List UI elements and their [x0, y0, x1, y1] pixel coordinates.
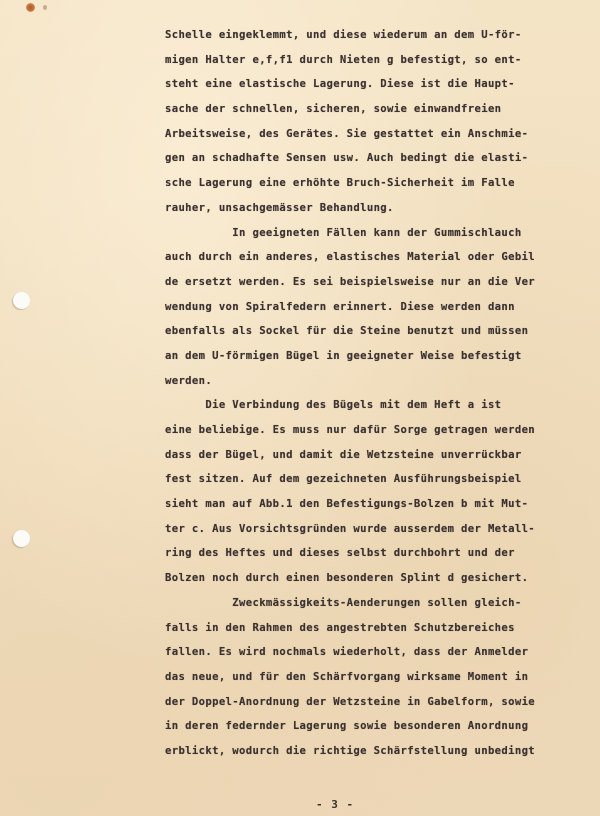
text-line: eine beliebige. Es muss nur dafür Sorge … — [165, 418, 600, 443]
text-line: sche Lagerung eine erhöhte Bruch-Sicherh… — [165, 171, 600, 196]
text-line: erblickt, wodurch die richtige Schärfste… — [165, 739, 600, 764]
text-line: an dem U-förmigen Bügel in geeigneter We… — [165, 344, 600, 369]
page-number: - 3 - — [316, 798, 354, 811]
ink-speck — [43, 5, 47, 10]
text-line: ebenfalls als Sockel für die Steine benu… — [165, 319, 600, 344]
text-line: Zweckmässigkeits-Aenderungen sollen glei… — [165, 591, 600, 616]
text-line: gen an schadhafte Sensen usw. Auch bedin… — [165, 146, 600, 171]
text-line: falls in den Rahmen des angestrebten Sch… — [165, 616, 600, 641]
text-line: ring des Heftes und dieses selbst durchb… — [165, 541, 600, 566]
rust-stain — [26, 3, 35, 12]
text-line: rauher, unsachgemässer Behandlung. — [165, 196, 600, 221]
typewritten-text: Schelle eingeklemmt, und diese wiederum … — [165, 23, 600, 764]
punch-hole-top — [13, 292, 30, 309]
text-line: In geeigneten Fällen kann der Gummischla… — [165, 221, 600, 246]
document-page: Schelle eingeklemmt, und diese wiederum … — [0, 0, 600, 816]
text-line: Schelle eingeklemmt, und diese wiederum … — [165, 23, 600, 48]
text-line: das neue, und für den Schärfvorgang wirk… — [165, 665, 600, 690]
text-line: auch durch ein anderes, elastisches Mate… — [165, 245, 600, 270]
text-line: dass der Bügel, und damit die Wetzsteine… — [165, 443, 600, 468]
punch-hole-bottom — [13, 530, 30, 547]
text-line: sieht man auf Abb.1 den Befestigungs-Bol… — [165, 492, 600, 517]
text-line: der Doppel-Anordnung der Wetzsteine in G… — [165, 690, 600, 715]
text-line: fest sitzen. Auf dem gezeichneten Ausfüh… — [165, 467, 600, 492]
text-line: Die Verbindung des Bügels mit dem Heft a… — [165, 393, 600, 418]
text-line: ter c. Aus Vorsichtsgründen wurde ausser… — [165, 517, 600, 542]
text-line: in deren federnder Lagerung sowie besond… — [165, 714, 600, 739]
text-line: wendung von Spiralfedern erinnert. Diese… — [165, 295, 600, 320]
text-line: sache der schnellen, sicheren, sowie ein… — [165, 97, 600, 122]
text-line: steht eine elastische Lagerung. Diese is… — [165, 72, 600, 97]
text-line: werden. — [165, 369, 600, 394]
text-line: fallen. Es wird nochmals wiederholt, das… — [165, 640, 600, 665]
text-line: migen Halter e,f,f1 durch Nieten g befes… — [165, 48, 600, 73]
text-line: de ersetzt werden. Es sei beispielsweise… — [165, 270, 600, 295]
text-line: Bolzen noch durch einen besonderen Splin… — [165, 566, 600, 591]
text-line: Arbeitsweise, des Gerätes. Sie gestattet… — [165, 122, 600, 147]
